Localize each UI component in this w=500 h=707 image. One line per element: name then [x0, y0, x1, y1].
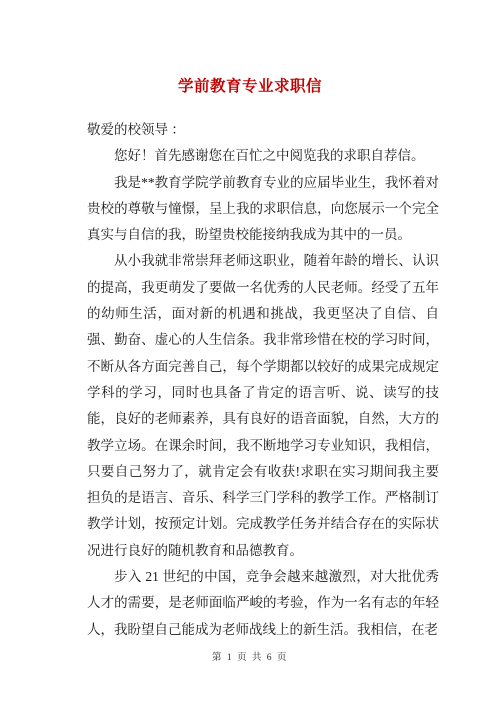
paragraph-greeting: 您好！首先感谢您在百忙之中阅览我的求职自荐信。 [87, 143, 439, 169]
salutation: 敬爱的校领导 ： [87, 117, 439, 143]
document-body: 敬爱的校领导 ： 您好！首先感谢您在百忙之中阅览我的求职自荐信。 我是**教育学… [87, 117, 439, 643]
paragraph-introduction: 我是**教育学院学前教育专业的应届毕业生，我怀着对贵校的尊敬与憧憬，呈上我的求职… [87, 170, 439, 249]
document-page: 学前教育专业求职信 敬爱的校领导 ： 您好！首先感谢您在百忙之中阅览我的求职自荐… [0, 0, 500, 707]
document-title: 学前教育专业求职信 [0, 74, 500, 96]
paragraph-experience: 从小我就非常崇拜老师这职业，随着年龄的增长、认识的提高，我更萌发了要做一名优秀的… [87, 248, 439, 564]
page-footer: 第 1 页 共 6 页 [0, 649, 500, 663]
paragraph-aspiration: 步入 21 世纪的中国，竞争会越来越激烈，对大批优秀人才的需要，是老师面临严峻的… [87, 564, 439, 643]
